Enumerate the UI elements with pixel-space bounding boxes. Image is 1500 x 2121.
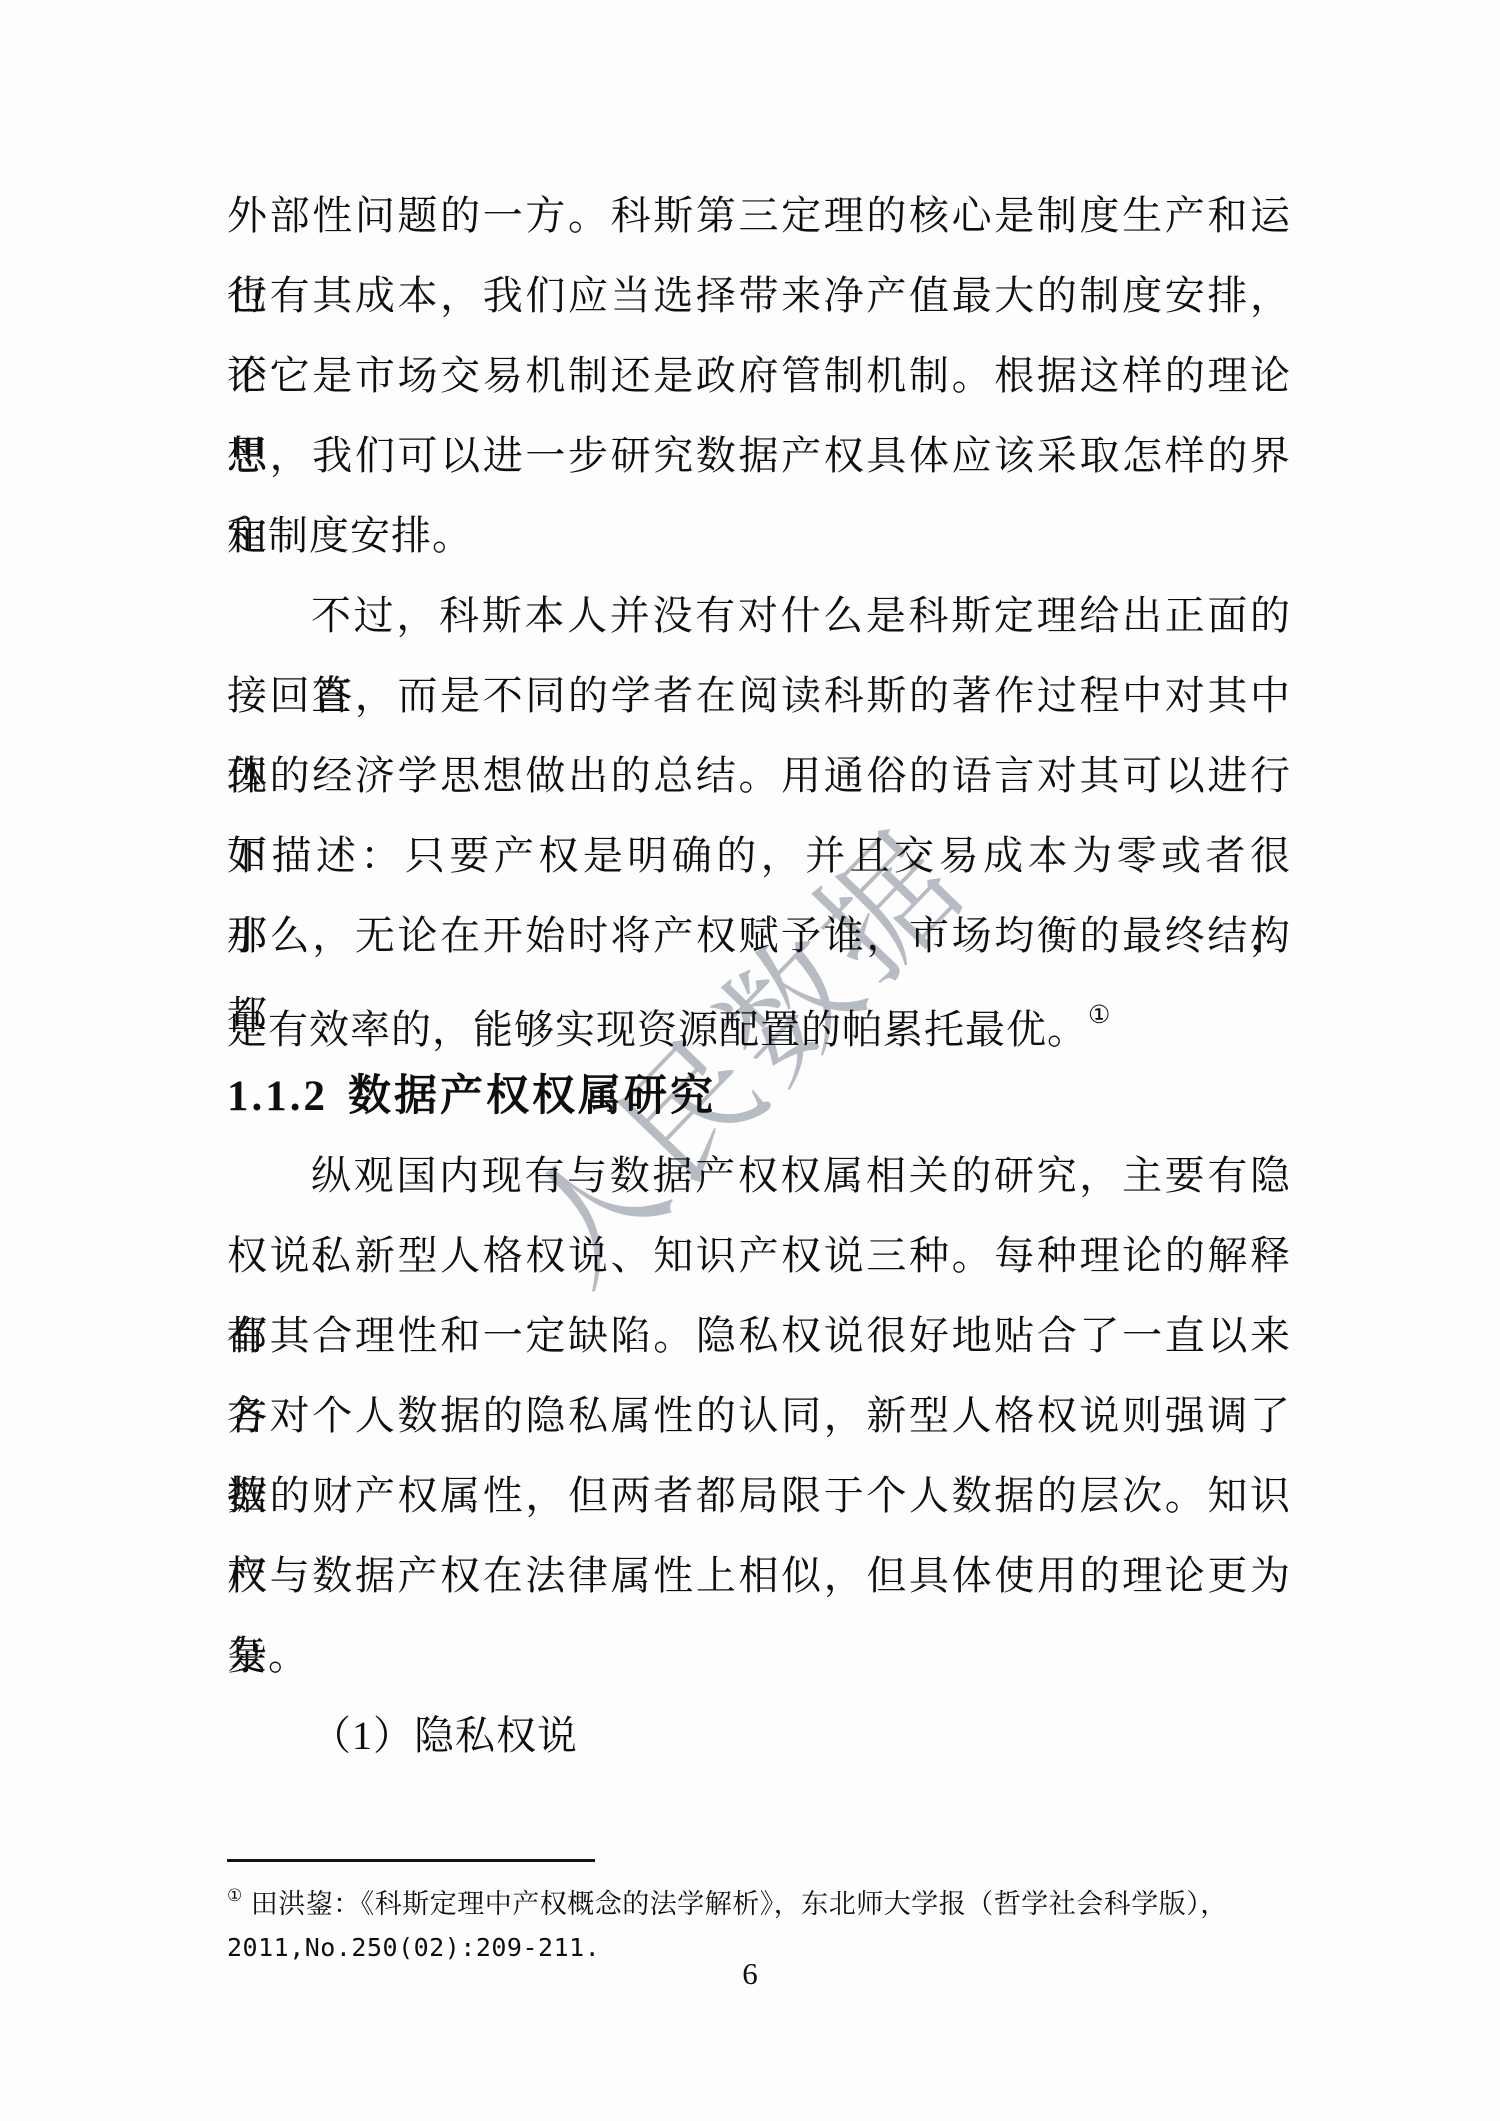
section-number: 1.1.2 <box>227 1073 328 1120</box>
body-line: 那么，无论在开始时将产权赋予谁，市场均衡的最终结构都 <box>227 896 1291 976</box>
footnote-line: ①田洪鋆：《科斯定理中产权概念的法学解析》，东北师大学报（哲学社会科学版）， <box>227 1874 1337 1926</box>
body-line paragraph-start: 纵观国内现有与数据产权权属相关的研究，主要有隐私 <box>227 1136 1291 1216</box>
body-line paragraph-start: 不过，科斯本人并没有对什么是科斯定理给出正面的直 <box>227 576 1291 656</box>
page-number: 6 <box>0 1956 1500 1992</box>
body-line: 论它是市场交易机制还是政府管制机制。根据这样的理论思 <box>227 336 1291 416</box>
body-line: 现的经济学思想做出的总结。用通俗的语言对其可以进行如 <box>227 736 1291 816</box>
footnote-reference-mark: ① <box>1088 1002 1110 1029</box>
body-line: 和制度安排。 <box>227 496 1291 576</box>
body-line: 方对个人数据的隐私属性的认同，新型人格权说则强调了数 <box>227 1376 1291 1456</box>
footnote-text: 田洪鋆：《科斯定理中产权概念的法学解析》，东北师大学报（哲学社会科学版）， <box>251 1889 1228 1919</box>
body-line-text: 是有效率的，能够实现资源配置的帕累托最优。 <box>227 1007 1088 1052</box>
footnote-separator-rule <box>227 1859 595 1862</box>
body-text-block: 外部性问题的一方。科斯第三定理的核心是制度生产和运行 也有其成本，我们应当选择带… <box>227 176 1291 1776</box>
body-line: 外部性问题的一方。科斯第三定理的核心是制度生产和运行 <box>227 176 1291 256</box>
body-line: 也有其成本，我们应当选择带来净产值最大的制度安排，不 <box>227 256 1291 336</box>
footnote-marker: ① <box>227 1886 243 1905</box>
body-line: 权与数据产权在法律属性上相似，但具体使用的理论更为复 <box>227 1536 1291 1616</box>
body-line: 杂。 <box>227 1616 1291 1696</box>
body-line: 有其合理性和一定缺陷。隐私权说很好地贴合了一直以来各 <box>227 1296 1291 1376</box>
body-line: 下描述：只要产权是明确的，并且交易成本为零或者很小， <box>227 816 1291 896</box>
body-line: 想，我们可以进一步研究数据产权具体应该采取怎样的界定 <box>227 416 1291 496</box>
document-page: 人民数据 外部性问题的一方。科斯第三定理的核心是制度生产和运行 也有其成本，我们… <box>0 0 1500 2121</box>
section-heading: 1.1.2数据产权权属研究 <box>227 1056 1291 1136</box>
body-line: 是有效率的，能够实现资源配置的帕累托最优。① <box>227 976 1291 1056</box>
body-line: 接回答，而是不同的学者在阅读科斯的著作过程中对其中体 <box>227 656 1291 736</box>
section-title: 数据产权权属研究 <box>348 1072 716 1120</box>
body-line: 权说、新型人格权说、知识产权说三种。每种理论的解释都 <box>227 1216 1291 1296</box>
body-line: 据的财产权属性，但两者都局限于个人数据的层次。知识产 <box>227 1456 1291 1536</box>
subsection-item: （1）隐私权说 <box>227 1696 1291 1776</box>
